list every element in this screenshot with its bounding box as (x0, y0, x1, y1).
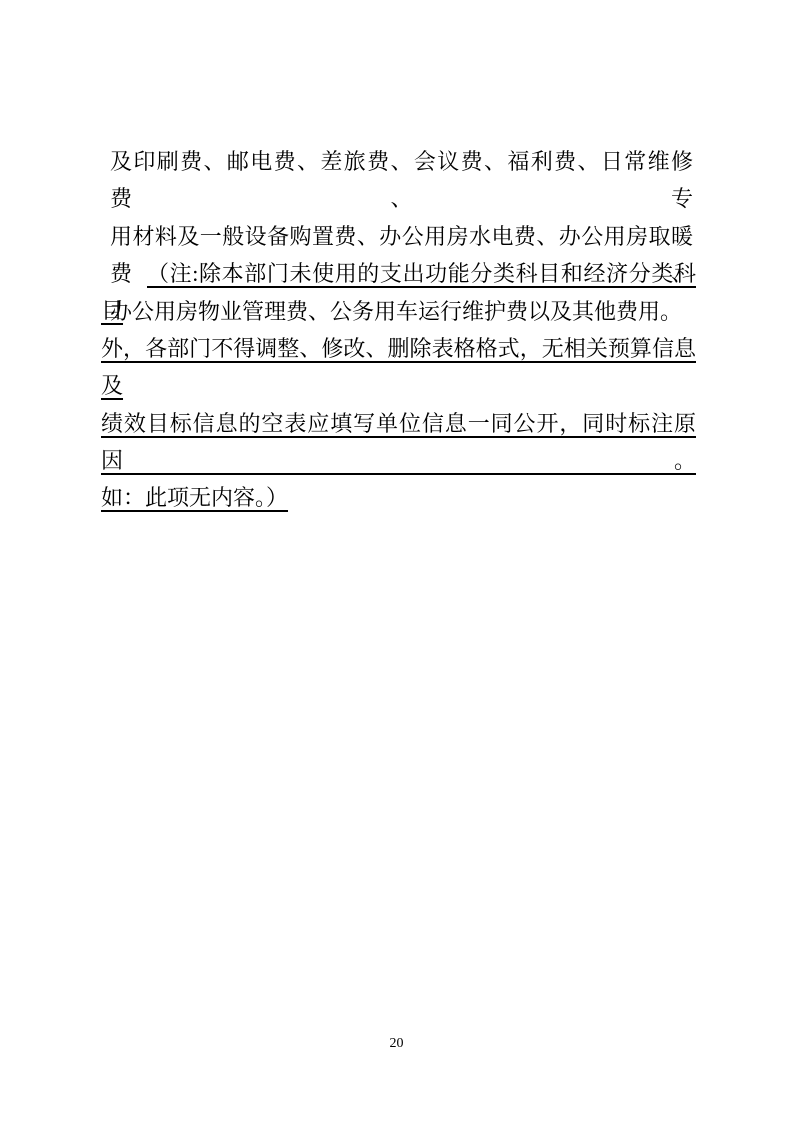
note-line-4-text: 如：此项无内容。） (101, 485, 288, 510)
note-line-3-text: 绩效目标信息的空表应填写单位信息一同公开，同时标注原因。 (101, 411, 696, 473)
note-line-3: 绩效目标信息的空表应填写单位信息一同公开，同时标注原因。 (101, 405, 696, 480)
note-paragraph: （注:除本部门未使用的支出功能分类科目和经济分类科目 外，各部门不得调整、修改、… (101, 255, 696, 517)
note-line-1: （注:除本部门未使用的支出功能分类科目和经济分类科目 (101, 255, 696, 330)
note-line-1-text: （注:除本部门未使用的支出功能分类科目和经济分类科目 (101, 261, 696, 323)
document-page: 及印刷费、邮电费、差旅费、会议费、福利费、日常维修费、专 用材料及一般设备购置费… (0, 0, 793, 1122)
note-line-2: 外，各部门不得调整、修改、删除表格格式，无相关预算信息及 (101, 330, 696, 405)
note-line-2-text: 外，各部门不得调整、修改、删除表格格式，无相关预算信息及 (101, 336, 696, 398)
body-line-1: 及印刷费、邮电费、差旅费、会议费、福利费、日常维修费、专 (110, 143, 693, 218)
note-line-4: 如：此项无内容。） (101, 479, 696, 516)
page-number: 20 (0, 1036, 793, 1052)
